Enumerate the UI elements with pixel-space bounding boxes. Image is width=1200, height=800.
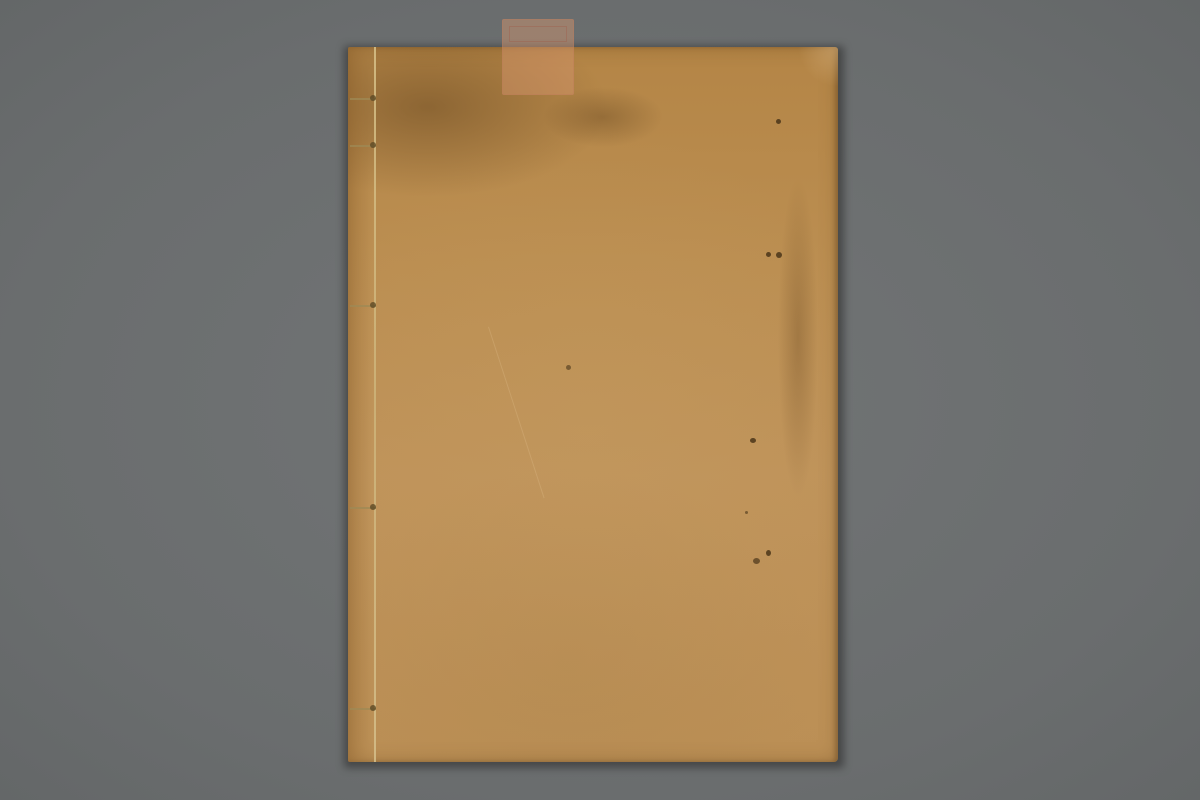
corner-wear — [798, 47, 838, 87]
book-cover — [348, 47, 838, 762]
stitch-knot — [370, 705, 376, 711]
paper-label-tab — [502, 19, 574, 95]
stitch-knot — [370, 504, 376, 510]
paper-crease — [488, 327, 545, 498]
foxing-spot — [566, 365, 571, 370]
stitch-knot — [370, 142, 376, 148]
foxing-spot — [766, 550, 771, 556]
stitch-knot — [370, 302, 376, 308]
foxing-spot — [753, 558, 760, 564]
stitch-knot — [370, 95, 376, 101]
spine-binding-line — [374, 47, 376, 762]
spine-fold-strip — [348, 47, 374, 762]
foxing-spot — [745, 511, 748, 514]
foxing-spot — [750, 438, 756, 443]
foxing-spot — [776, 119, 781, 124]
foxing-spot — [766, 252, 771, 257]
foxing-spot — [776, 252, 782, 258]
